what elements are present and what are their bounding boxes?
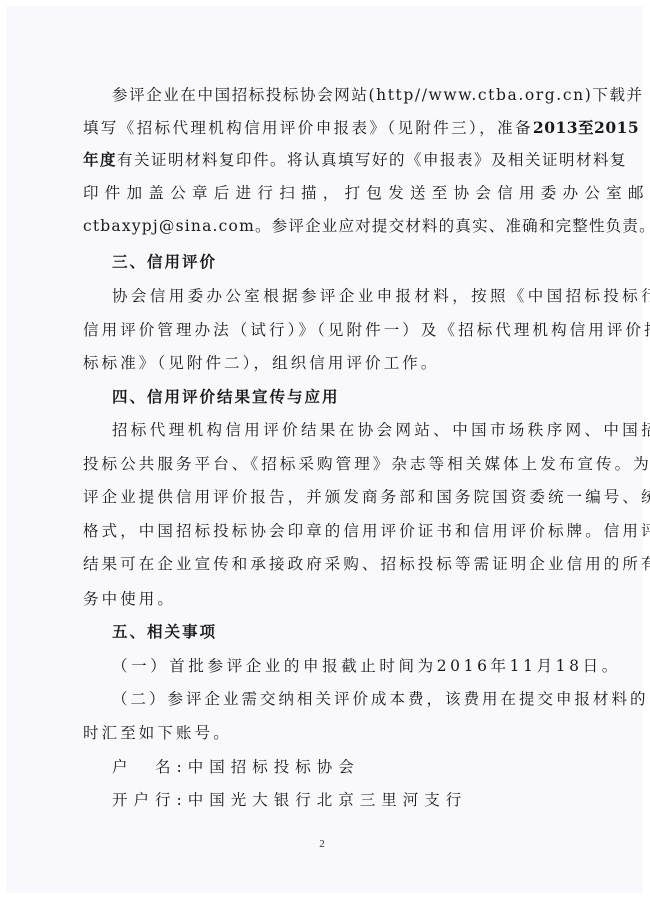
- list-item: （二）参评企业需交纳相关评价成本费，该费用在提交申报材料的同: [112, 687, 567, 711]
- paragraph-text: 结果可在企业宣传和承接政府采购、招标投标等需证明企业信用的所有业: [83, 552, 567, 576]
- paragraph-text: 参评企业在中国招标投标协会网站(http//www.ctba.org.cn)下载…: [112, 83, 567, 107]
- paragraph-text: 招标代理机构信用评价结果在协会网站、中国市场秩序网、中国招标: [112, 418, 567, 442]
- paragraph-text: ctbaxypj@sina.com。参评企业应对提交材料的真实、准确和完整性负责…: [83, 214, 567, 238]
- paragraph-text: 信用评价管理办法（试行）》（见附件一）及《招标代理机构信用评价指: [83, 318, 567, 342]
- account-name-value: 中国招标投标协会: [188, 758, 360, 776]
- paragraph-text: 印件加盖公章后进行扫描，打包发送至协会信用委办公室邮箱:: [83, 181, 567, 205]
- bank-value: 中国光大银行北京三里河支行: [188, 791, 468, 809]
- account-name-row: 户 名:中国招标投标协会: [112, 755, 567, 779]
- paragraph-text: 时汇至如下账号。: [83, 721, 567, 745]
- list-item: （一）首批参评企业的申报截止时间为2016年11月18日。: [112, 654, 567, 678]
- section-heading: 三、信用评价: [112, 250, 567, 274]
- paragraph-text: 评企业提供信用评价报告，并颁发商务部和国务院国资委统一编号、统一: [83, 485, 567, 509]
- paragraph-text: 年度有关证明材料复印件。将认真填写好的《申报表》及相关证明材料复: [83, 148, 567, 172]
- paragraph-text: 标标准》（见附件二），组织信用评价工作。: [83, 351, 567, 375]
- paragraph-text: 协会信用委办公室根据参评企业申报材料，按照《中国招标投标行业: [112, 284, 567, 308]
- bold-year-label: 年度: [83, 150, 117, 169]
- section-heading: 五、相关事项: [112, 620, 567, 644]
- section-heading: 四、信用评价结果宣传与应用: [112, 385, 567, 409]
- text-segment: 有关证明材料复印件。将认真填写好的《申报表》及相关证明材料复: [117, 151, 627, 169]
- bank-row: 开户行:中国光大银行北京三里河支行: [112, 788, 567, 812]
- paragraph-text: 格式，中国招标投标协会印章的信用评价证书和信用评价标牌。信用评价: [83, 519, 567, 543]
- account-name-label: 户 名:: [112, 758, 188, 776]
- paragraph-text: 投标公共服务平台、《招标采购管理》杂志等相关媒体上发布宣传。为参: [83, 452, 567, 476]
- paragraph-text: 填写《招标代理机构信用评价申报表》（见附件三），准备2013至2015: [83, 116, 567, 140]
- paragraph-text: 务中使用。: [83, 587, 567, 611]
- bank-label: 开户行:: [112, 791, 188, 809]
- bold-year-range: 2013至2015: [533, 118, 639, 137]
- text-segment: 填写《招标代理机构信用评价申报表》（见附件三），准备: [83, 119, 533, 137]
- page-number: 2: [316, 838, 328, 850]
